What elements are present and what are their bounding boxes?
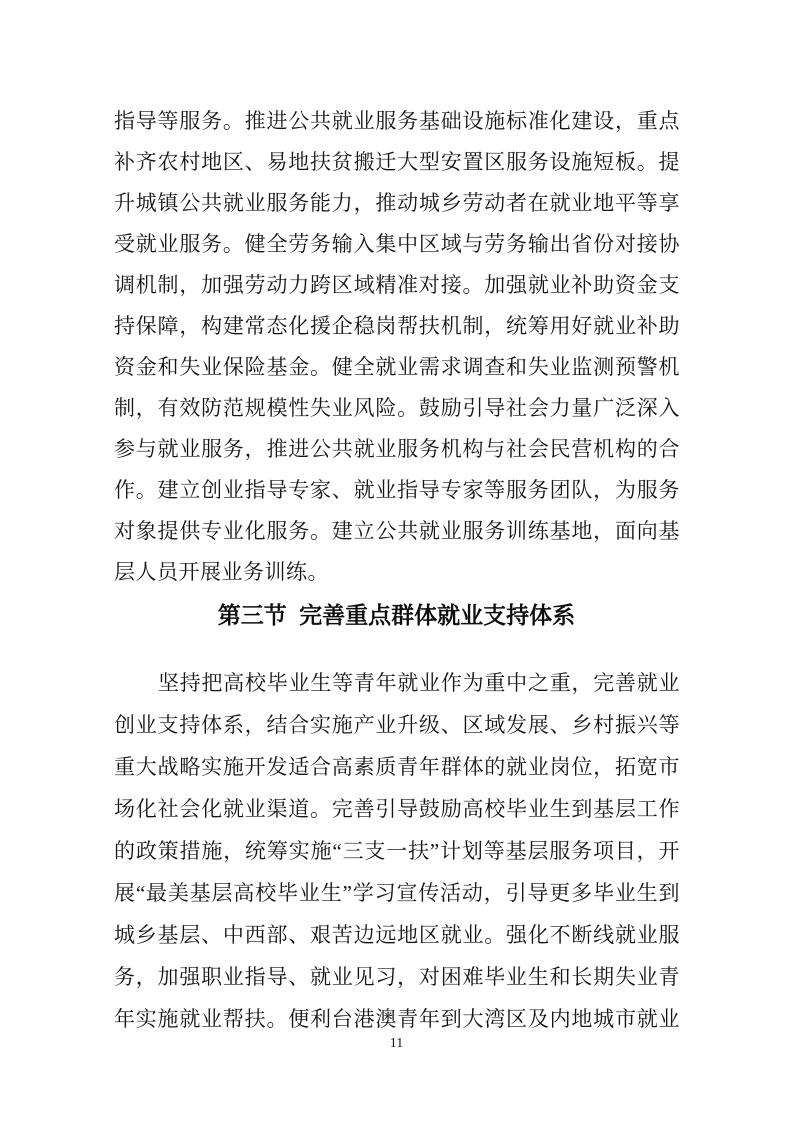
document-page: 指导等服务。推进公共就业服务基础设施标准化建设，重点 补齐农村地区、易地扶贫搬迁… — [0, 0, 793, 1122]
text-line: 制，有效防范规模性失业风险。鼓励引导社会力量广泛深入 — [114, 388, 680, 429]
text-line: 升城镇公共就业服务能力，推动城乡劳动者在就业地平等享 — [114, 183, 680, 224]
paragraph-1: 指导等服务。推进公共就业服务基础设施标准化建设，重点 补齐农村地区、易地扶贫搬迁… — [114, 101, 680, 593]
text-line: 重大战略实施开发适合高素质青年群体的就业岗位，拓宽市 — [114, 746, 680, 788]
text-line: 受就业服务。健全劳务输入集中区域与劳务输出省份对接协 — [114, 224, 680, 265]
text-line: 创业支持体系，结合实施产业升级、区域发展、乡村振兴等 — [114, 704, 680, 746]
text-line: 场化社会化就业渠道。完善引导鼓励高校毕业生到基层工作 — [114, 788, 680, 830]
page-number: 11 — [0, 1034, 793, 1054]
text-line: 补齐农村地区、易地扶贫搬迁大型安置区服务设施短板。提 — [114, 142, 680, 183]
text-line: 城乡基层、中西部、艰苦边远地区就业。强化不断线就业服 — [114, 914, 680, 956]
text-line: 对象提供专业化服务。建立公共就业服务训练基地，面向基 — [114, 511, 680, 552]
text-line: 坚持把高校毕业生等青年就业作为重中之重，完善就业 — [114, 662, 680, 704]
text-line: 参与就业服务，推进公共就业服务机构与社会民营机构的合 — [114, 429, 680, 470]
text-line: 指导等服务。推进公共就业服务基础设施标准化建设，重点 — [114, 101, 680, 142]
paragraph-2: 坚持把高校毕业生等青年就业作为重中之重，完善就业 创业支持体系，结合实施产业升级… — [114, 662, 680, 1040]
text-line: 务，加强职业指导、就业见习，对困难毕业生和长期失业青 — [114, 956, 680, 998]
text-line: 的政策措施，统筹实施“三支一扶”计划等基层服务项目，开 — [114, 830, 680, 872]
section-heading: 第三节 完善重点群体就业支持体系 — [0, 598, 793, 632]
text-line: 层人员开展业务训练。 — [114, 552, 680, 593]
text-line: 持保障，构建常态化援企稳岗帮扶机制，统筹用好就业补助 — [114, 306, 680, 347]
text-line: 作。建立创业指导专家、就业指导专家等服务团队，为服务 — [114, 470, 680, 511]
text-line: 展“最美基层高校毕业生”学习宣传活动，引导更多毕业生到 — [114, 872, 680, 914]
text-line: 资金和失业保险基金。健全就业需求调查和失业监测预警机 — [114, 347, 680, 388]
text-line: 调机制，加强劳动力跨区域精准对接。加强就业补助资金支 — [114, 265, 680, 306]
